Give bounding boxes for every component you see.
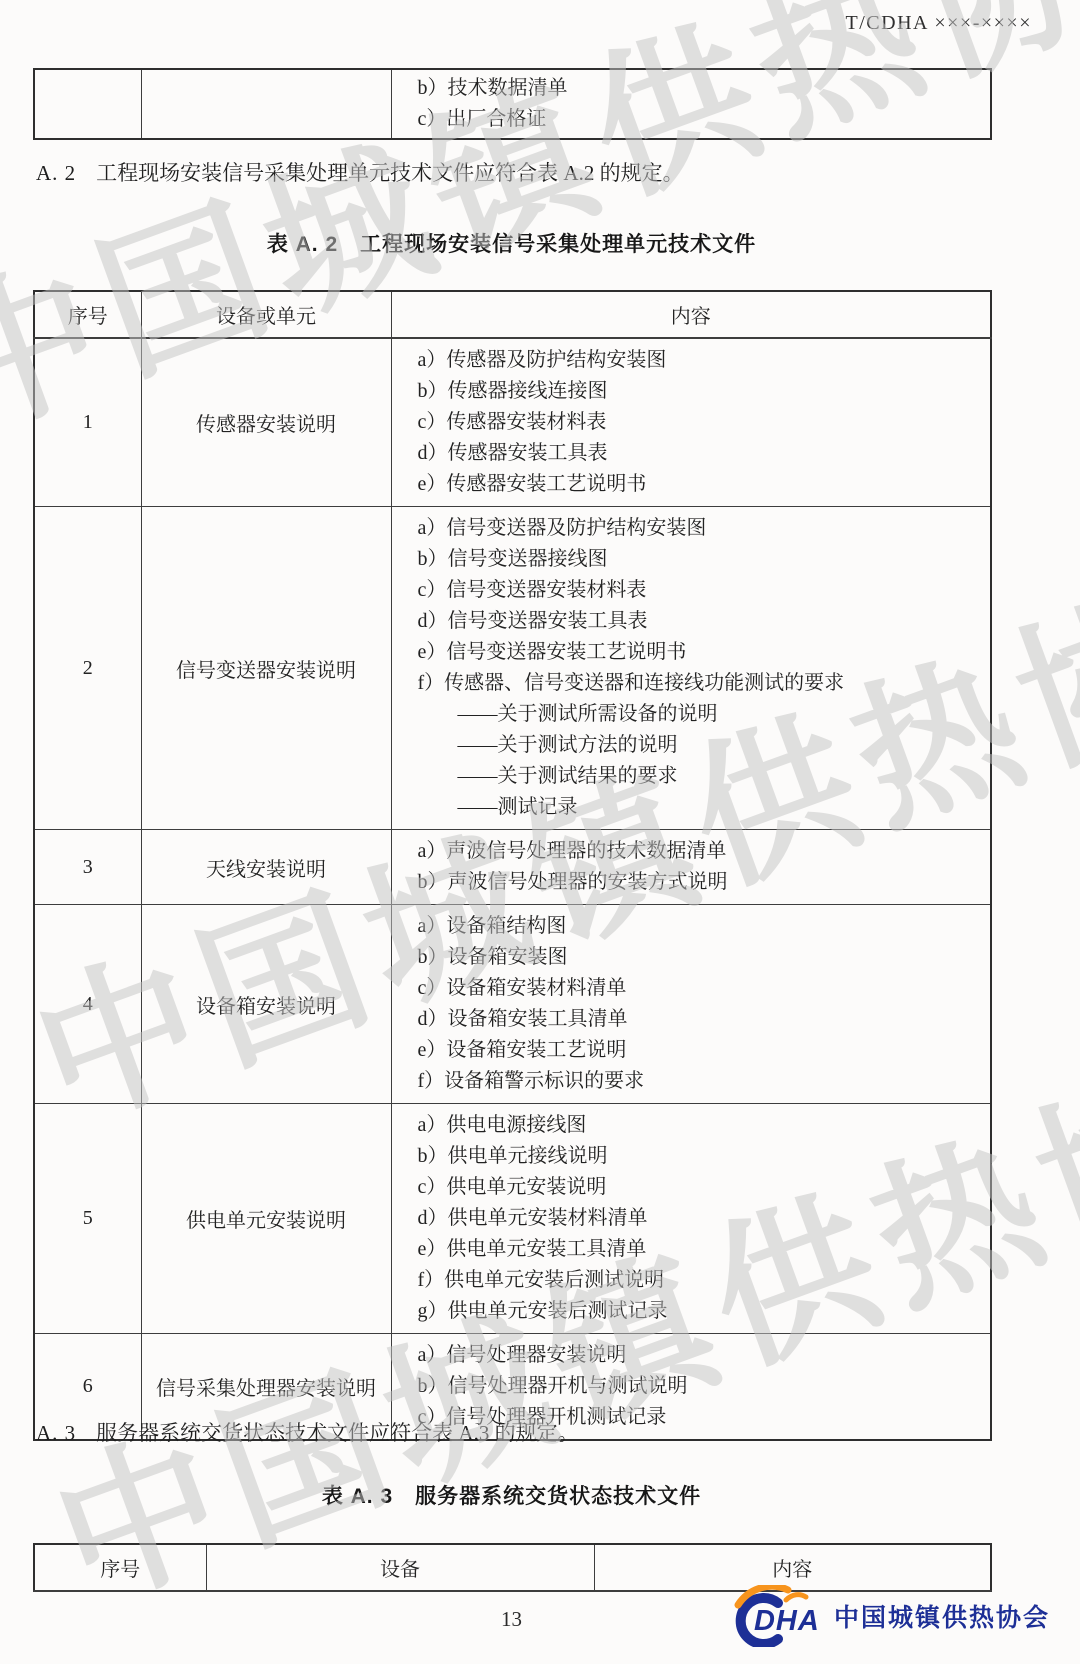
row-content: a）供电电源接线图 b）供电单元接线说明 c）供电单元安装说明 d）供电单元安装… xyxy=(391,1104,991,1334)
content-subitem: ——关于测试结果的要求 xyxy=(418,761,983,792)
content-item: a）信号处理器安装说明 xyxy=(418,1340,983,1371)
row-device: 传感器安装说明 xyxy=(141,338,391,507)
content-item: b）设备箱安装图 xyxy=(418,942,983,973)
content-item: c）设备箱安装材料清单 xyxy=(418,973,983,1004)
content-item: c）出厂合格证 xyxy=(418,104,983,135)
row-no: 3 xyxy=(34,830,141,905)
carryover-content-cell: b）技术数据清单 c）出厂合格证 xyxy=(391,69,991,139)
content-item: e）供电单元安装工具清单 xyxy=(418,1234,983,1265)
standard-reference: T/CDHA ×××-×××× xyxy=(846,12,1032,35)
header-content: 内容 xyxy=(391,291,991,338)
content-item: e）设备箱安装工艺说明 xyxy=(418,1035,983,1066)
row-no: 4 xyxy=(34,905,141,1104)
table-row: 4 设备箱安装说明 a）设备箱结构图 b）设备箱安装图 c）设备箱安装材料清单 … xyxy=(34,905,991,1104)
table-row: 3 天线安装说明 a）声波信号处理器的技术数据清单 b）声波信号处理器的安装方式… xyxy=(34,830,991,905)
row-no: 1 xyxy=(34,338,141,507)
content-item: g）供电单元安装后测试记录 xyxy=(418,1296,983,1327)
content-item: e）信号变送器安装工艺说明书 xyxy=(418,637,983,668)
content-subitem: ——关于测试所需设备的说明 xyxy=(418,699,983,730)
table-a2-caption: 表 A. 2 工程现场安装信号采集处理单元技术文件 xyxy=(33,228,990,258)
content-item: a）声波信号处理器的技术数据清单 xyxy=(418,836,983,867)
section-a2-paragraph: A. 2工程现场安装信号采集处理单元技术文件应符合表 A.2 的规定。 xyxy=(36,157,684,187)
document-page: T/CDHA ×××-×××× b）技术数据清单 c）出厂合格证 A. 2工程现… xyxy=(0,0,1080,1664)
cdha-logo-icon: DHA xyxy=(726,1585,830,1647)
content-item: b）传感器接线连接图 xyxy=(418,376,983,407)
row-content: a）设备箱结构图 b）设备箱安装图 c）设备箱安装材料清单 d）设备箱安装工具清… xyxy=(391,905,991,1104)
row-device: 信号变送器安装说明 xyxy=(141,507,391,830)
content-item: e）传感器安装工艺说明书 xyxy=(418,469,983,500)
content-item: d）信号变送器安装工具表 xyxy=(418,606,983,637)
content-item: b）声波信号处理器的安装方式说明 xyxy=(418,867,983,898)
table-a3-caption: 表 A. 3 服务器系统交货状态技术文件 xyxy=(33,1480,990,1510)
content-item: c）供电单元安装说明 xyxy=(418,1172,983,1203)
section-a2-text: 工程现场安装信号采集处理单元技术文件应符合表 A.2 的规定。 xyxy=(96,161,683,185)
header-device: 设备或单元 xyxy=(141,291,391,338)
section-a3-text: 服务器系统交货状态技术文件应符合表 A.3 的规定。 xyxy=(96,1421,578,1445)
content-item: a）信号变送器及防护结构安装图 xyxy=(418,513,983,544)
row-device: 设备箱安装说明 xyxy=(141,905,391,1104)
table-row: b）技术数据清单 c）出厂合格证 xyxy=(34,69,991,139)
row-device: 天线安装说明 xyxy=(141,830,391,905)
logo-caption: 中国城镇供热协会 xyxy=(834,1598,1050,1634)
header-device: 设备 xyxy=(206,1544,594,1591)
table-a2: 序号 设备或单元 内容 1 传感器安装说明 a）传感器及防护结构安装图 b）传感… xyxy=(33,290,992,1441)
section-a2-label: A. 2 xyxy=(36,161,76,185)
row-content: a）声波信号处理器的技术数据清单 b）声波信号处理器的安装方式说明 xyxy=(391,830,991,905)
content-item: a）设备箱结构图 xyxy=(418,911,983,942)
carryover-empty-device-cell xyxy=(141,69,391,139)
section-a3-label: A. 3 xyxy=(36,1421,76,1445)
content-item: f）传感器、信号变送器和连接线功能测试的要求 xyxy=(418,668,983,699)
table-row: 2 信号变送器安装说明 a）信号变送器及防护结构安装图 b）信号变送器接线图 c… xyxy=(34,507,991,830)
content-item: d）传感器安装工具表 xyxy=(418,438,983,469)
content-item: b）技术数据清单 xyxy=(418,73,983,104)
row-content: a）传感器及防护结构安装图 b）传感器接线连接图 c）传感器安装材料表 d）传感… xyxy=(391,338,991,507)
content-item: a）传感器及防护结构安装图 xyxy=(418,345,983,376)
content-subitem: ——测试记录 xyxy=(418,792,983,823)
table-row: 1 传感器安装说明 a）传感器及防护结构安装图 b）传感器接线连接图 c）传感器… xyxy=(34,338,991,507)
section-a3-paragraph: A. 3服务器系统交货状态技术文件应符合表 A.3 的规定。 xyxy=(36,1417,579,1447)
content-item: d）供电单元安装材料清单 xyxy=(418,1203,983,1234)
content-item: b）供电单元接线说明 xyxy=(418,1141,983,1172)
content-item: c）传感器安装材料表 xyxy=(418,407,983,438)
carryover-table: b）技术数据清单 c）出厂合格证 xyxy=(33,68,992,140)
row-device: 供电单元安装说明 xyxy=(141,1104,391,1334)
row-content: a）信号变送器及防护结构安装图 b）信号变送器接线图 c）信号变送器安装材料表 … xyxy=(391,507,991,830)
table-row: 5 供电单元安装说明 a）供电电源接线图 b）供电单元接线说明 c）供电单元安装… xyxy=(34,1104,991,1334)
logo-acronym: DHA xyxy=(754,1605,820,1638)
header-no: 序号 xyxy=(34,291,141,338)
content-item: b）信号变送器接线图 xyxy=(418,544,983,575)
association-logo: DHA 中国城镇供热协会 xyxy=(726,1584,1050,1648)
content-item: d）设备箱安装工具清单 xyxy=(418,1004,983,1035)
row-no: 2 xyxy=(34,507,141,830)
carryover-empty-no-cell xyxy=(34,69,141,139)
table-header-row: 序号 设备或单元 内容 xyxy=(34,291,991,338)
content-subitem: ——关于测试方法的说明 xyxy=(418,730,983,761)
content-item: c）信号变送器安装材料表 xyxy=(418,575,983,606)
header-no: 序号 xyxy=(34,1544,206,1591)
content-item: b）信号处理器开机与测试说明 xyxy=(418,1371,983,1402)
row-no: 5 xyxy=(34,1104,141,1334)
content-item: f）设备箱警示标识的要求 xyxy=(418,1066,983,1097)
content-item: f）供电单元安装后测试说明 xyxy=(418,1265,983,1296)
content-item: a）供电电源接线图 xyxy=(418,1110,983,1141)
